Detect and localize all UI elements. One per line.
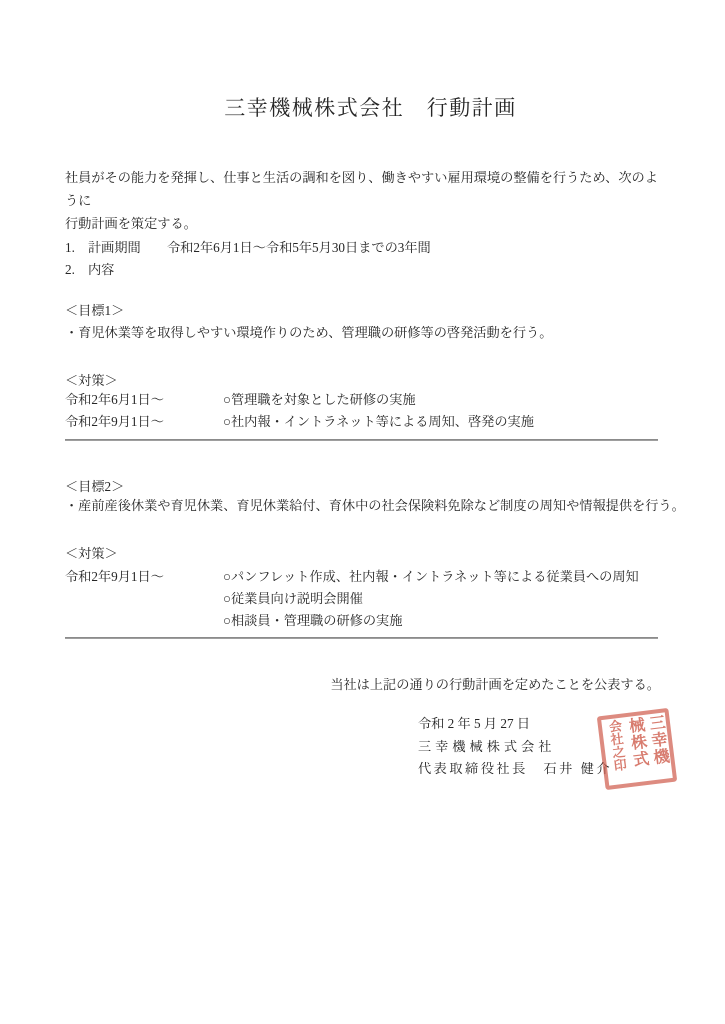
- intro-paragraph: 社員がその能力を発揮し、仕事と生活の調和を図り、働きやすい雇用環境の整備を行うた…: [65, 166, 665, 235]
- signature-company: 三幸機械株式会社: [418, 736, 612, 759]
- measure-item: ○従業員向け説明会開催: [223, 588, 675, 610]
- document-title: 三幸機械株式会社 行動計画: [8, 95, 725, 122]
- measure-date: 令和2年9月1日～: [65, 411, 223, 433]
- measure-date: 令和2年6月1日～: [65, 389, 223, 411]
- signature-date: 令和 2 年 5 月 27 日: [418, 713, 612, 736]
- section-divider: [65, 439, 658, 441]
- goal1-bullet: ・育児休業等を取得しやすい環境作りのため、管理職の研修等の啓発活動を行う。: [65, 324, 552, 342]
- numbered-item-plan-period: 1. 計画期間 令和2年6月1日～令和5年5月30日までの3年間: [65, 237, 665, 259]
- item-label: 計画期間: [88, 237, 167, 259]
- measure-item: ○管理職を対象とした研修の実施: [223, 389, 675, 411]
- item-number: 1.: [65, 237, 88, 259]
- section-divider: [65, 637, 658, 639]
- item-label: 内容: [88, 259, 167, 281]
- goal2-heading: ＜目標2＞: [65, 477, 124, 497]
- measure-item: ○相談員・管理職の研修の実施: [223, 610, 675, 632]
- measure-date: 令和2年9月1日～: [65, 566, 223, 632]
- announcement-text: 当社は上記の通りの行動計画を定めたことを公表する。: [330, 676, 660, 694]
- goal1-measures-heading: ＜対策＞: [65, 371, 118, 391]
- goal1-measure-row: 令和2年6月1日～ ○管理職を対象とした研修の実施: [65, 389, 675, 411]
- goal2-bullet: ・産前産後休業や育児休業、育児休業給付、育休中の社会保険料免除など制度の周知や情…: [65, 497, 685, 515]
- measure-item: ○パンフレット作成、社内報・イントラネット等による従業員への周知: [223, 566, 675, 588]
- signature-representative: 代表取締役社長 石井 健介: [418, 758, 612, 781]
- item-number: 2.: [65, 259, 88, 281]
- goal2-measure-row: 令和2年9月1日～ ○パンフレット作成、社内報・イントラネット等による従業員への…: [65, 566, 675, 632]
- document-page: 三幸機械株式会社 行動計画 社員がその能力を発揮し、仕事と生活の調和を図り、働き…: [0, 0, 725, 1024]
- company-seal-text: 三幸機 械株式 会社之印: [602, 713, 671, 784]
- measure-item-list: ○パンフレット作成、社内報・イントラネット等による従業員への周知 ○従業員向け説…: [223, 566, 675, 632]
- company-seal-stamp: 三幸機 械株式 会社之印: [597, 708, 677, 790]
- goal2-measures-heading: ＜対策＞: [65, 544, 118, 564]
- goal1-heading: ＜目標1＞: [65, 301, 124, 321]
- goal1-measure-row: 令和2年9月1日～ ○社内報・イントラネット等による周知、啓発の実施: [65, 411, 675, 433]
- signature-block: 令和 2 年 5 月 27 日 三幸機械株式会社 代表取締役社長 石井 健介: [418, 713, 612, 781]
- measure-item: ○社内報・イントラネット等による周知、啓発の実施: [223, 411, 675, 433]
- item-value: 令和2年6月1日～令和5年5月30日までの3年間: [167, 237, 665, 259]
- numbered-item-content: 2. 内容: [65, 259, 665, 281]
